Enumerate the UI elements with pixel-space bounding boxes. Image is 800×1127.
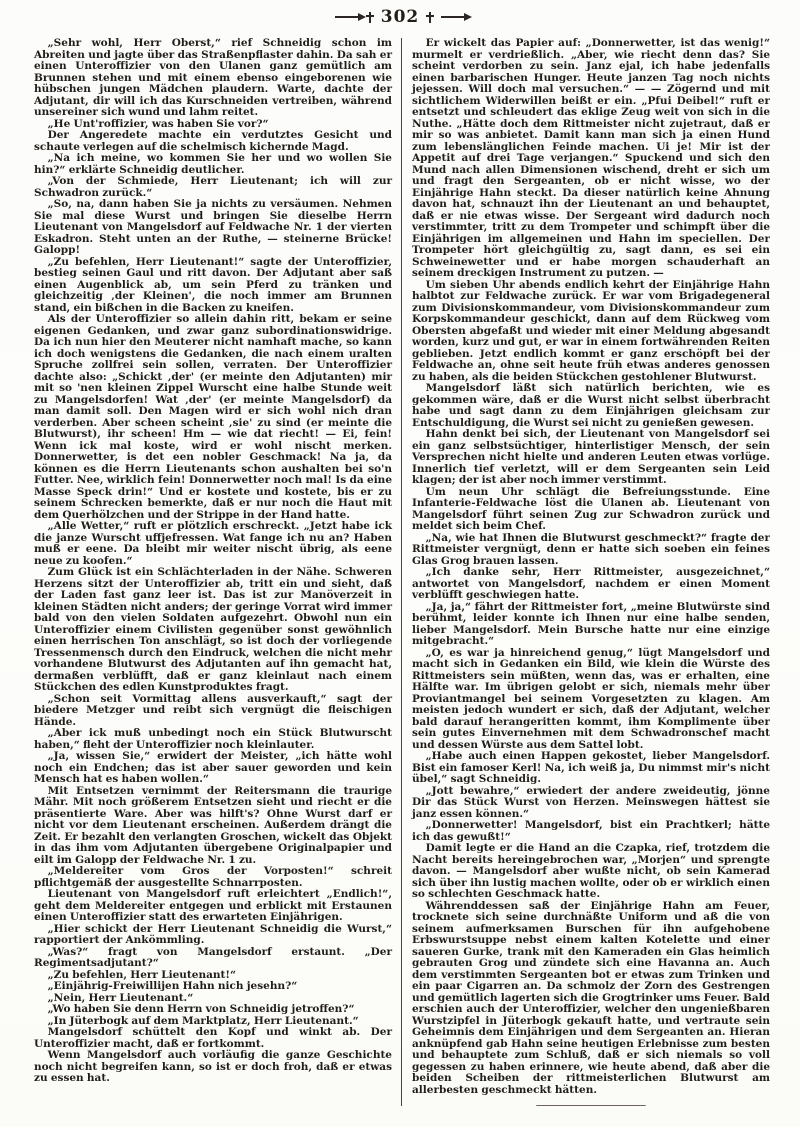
paragraph: Hahn denkt bei sich, der Lieutenant von … <box>412 429 770 487</box>
paragraph: Er wickelt das Papier auf: „Donnerwetter… <box>412 38 770 280</box>
end-of-story-rule <box>536 1105 646 1106</box>
right-column: Er wickelt das Papier auf: „Donnerwetter… <box>402 38 770 1106</box>
paragraph: Als der Unteroffizier so allein dahin ri… <box>34 314 392 521</box>
page-number: 302 <box>381 7 420 27</box>
paragraph: „Ich danke sehr, Herr Rittmeister, ausge… <box>412 567 770 602</box>
paragraph: „Habe auch einen Happen gekostet, lieber… <box>412 751 770 786</box>
paragraph: „Ja, wissen Sie,“ erwidert der Meister, … <box>34 751 392 786</box>
paragraph: Um sieben Uhr abends endlich kehrt der E… <box>412 280 770 384</box>
paragraph: „Donnerwetter! Mangelsdorf, bist ein Pra… <box>412 820 770 843</box>
paragraph: „Jott bewahre,“ erwiedert der andere zwe… <box>412 786 770 821</box>
paragraph: „Alle Wetter,“ ruft er plötzlich erschre… <box>34 521 392 567</box>
paragraph: Zum Glück ist ein Schlächterladen in der… <box>34 567 392 694</box>
paragraph: „Na, wie hat Ihnen die Blutwurst geschme… <box>412 533 770 568</box>
paragraph: Mangelsdorf schüttelt den Kopf und winkt… <box>34 1027 392 1050</box>
paragraph: „Sehr wohl, Herr Oberst,“ rief Schneidig… <box>34 38 392 119</box>
book-page: 302 „Sehr wohl, Herr Oberst,“ rief Schne… <box>0 0 800 1127</box>
paragraph: „Zu befehlen, Herr Lieutenant!“ sagte de… <box>34 257 392 315</box>
paragraph: Währenddessen saß der Einjährige Hahn am… <box>412 901 770 1097</box>
left-column: „Sehr wohl, Herr Oberst,“ rief Schneidig… <box>34 38 402 1106</box>
paragraph: Mangelsdorf läßt sich natürlich berichte… <box>412 383 770 429</box>
paragraph: „So, na, dann haben Sie ja nichts zu ver… <box>34 199 392 257</box>
paragraph: „Wo haben Sie denn Herrn von Schneidig j… <box>34 1004 392 1016</box>
text-columns: „Sehr wohl, Herr Oberst,“ rief Schneidig… <box>0 38 800 1106</box>
paragraph: „Ja, ja,“ fährt der Rittmeister fort, „m… <box>412 602 770 648</box>
running-head: 302 <box>0 4 800 30</box>
paragraph: „Von der Schmiede, Herr Lieutenant; ich … <box>34 176 392 199</box>
paragraph: Lieutenant von Mangelsdorf ruft erleicht… <box>34 889 392 924</box>
paragraph: Mit Entsetzen vernimmt der Reitersmann d… <box>34 786 392 867</box>
paragraph: „Was?“ fragt von Mangelsdorf erstaunt. „… <box>34 947 392 970</box>
paragraph: „Na ich meine, wo kommen Sie her und wo … <box>34 153 392 176</box>
paragraph: „Einjährig-Freiwillijen Hahn nich jesehn… <box>34 981 392 993</box>
paragraph: Wenn Mangelsdorf auch vorläufig die ganz… <box>34 1050 392 1085</box>
paragraph: „Schon seit Vormittag allens ausverkauft… <box>34 694 392 729</box>
header-ornament-right-icon <box>429 12 465 23</box>
paragraph: „Hier schickt der Herr Lieutenant Schnei… <box>34 924 392 947</box>
paragraph: Um neun Uhr schlägt die Befreiungsstunde… <box>412 487 770 533</box>
paragraph: Damit legte er die Hand an die Czapka, r… <box>412 843 770 901</box>
header-ornament-left-icon <box>335 12 371 23</box>
paragraph: „O, es war ja hinreichend genug,“ lügt M… <box>412 648 770 752</box>
paragraph: „Aber ick muß unbedingt noch ein Stück B… <box>34 728 392 751</box>
paragraph: Der Angeredete machte ein verdutztes Ges… <box>34 130 392 153</box>
paragraph: „Meldereiter vom Gros der Vorposten!“ sc… <box>34 866 392 889</box>
